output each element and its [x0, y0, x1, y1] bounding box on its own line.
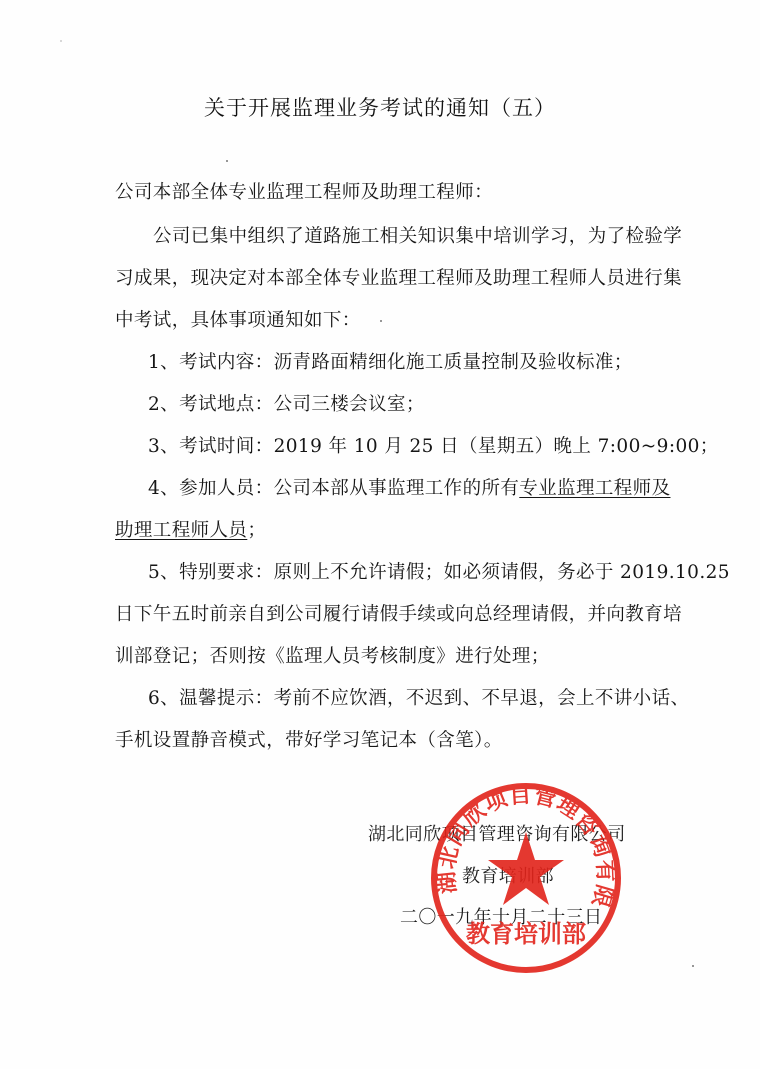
scan-speck: [226, 160, 228, 162]
salutation: 公司本部全体专业监理工程师及助理工程师：: [115, 178, 493, 204]
scan-speck: [692, 965, 694, 967]
item-5-line-2: 日下午五时前亲自到公司履行请假手续或向总经理请假，并向教育培: [115, 600, 682, 626]
star-icon: [488, 832, 564, 905]
document-title: 关于开展监理业务考试的通知（五）: [0, 92, 760, 122]
item-6-line-1: 6、温馨提示：考前不应饮酒，不迟到、不早退，会上不讲小话、: [148, 684, 689, 710]
item-4-line-1: 4、参加人员：公司本部从事监理工作的所有专业监理工程师及: [148, 474, 670, 500]
intro-line-3: 中考试，具体事项通知如下：: [115, 306, 361, 332]
item-2: 2、考试地点：公司三楼会议室；: [148, 390, 425, 416]
intro-line-2: 习成果，现决定对本部全体专业监理工程师及助理工程师人员进行集: [115, 264, 682, 290]
seal-bottom-text: 教育培训部: [466, 920, 586, 948]
scan-speck: [60, 40, 62, 42]
official-seal-stamp: 湖北同欣项目管理咨询有限公司 教育培训部: [428, 780, 624, 976]
item-4-suffix: ；: [247, 520, 266, 541]
item-6-line-2: 手机设置静音模式，带好学习笔记本（含笔）。: [115, 726, 503, 752]
intro-line-1: 公司已集中组织了道路施工相关知识集中培训学习，为了检验学: [153, 222, 682, 248]
item-1: 1、考试内容：沥青路面精细化施工质量控制及验收标准；: [148, 348, 633, 374]
item-4-underlined-2: 助理工程师人员: [115, 520, 247, 541]
item-5-line-1: 5、特别要求：原则上不允许请假；如必须请假，务必于 2019.10.25: [148, 558, 730, 584]
item-3: 3、考试时间：2019 年 10 月 25 日（星期五）晚上 7:00~9:00…: [148, 432, 719, 458]
item-4-underlined-1: 专业监理工程师及: [519, 478, 670, 499]
item-5-line-3: 训部登记；否则按《监理人员考核制度》进行处理；: [115, 642, 550, 668]
item-4-line-2: 助理工程师人员；: [115, 516, 266, 542]
item-4-prefix: 4、参加人员：公司本部从事监理工作的所有: [148, 478, 519, 499]
scanned-document-page: 关于开展监理业务考试的通知（五） 公司本部全体专业监理工程师及助理工程师： 公司…: [0, 0, 760, 1069]
scan-speck: [380, 320, 382, 322]
